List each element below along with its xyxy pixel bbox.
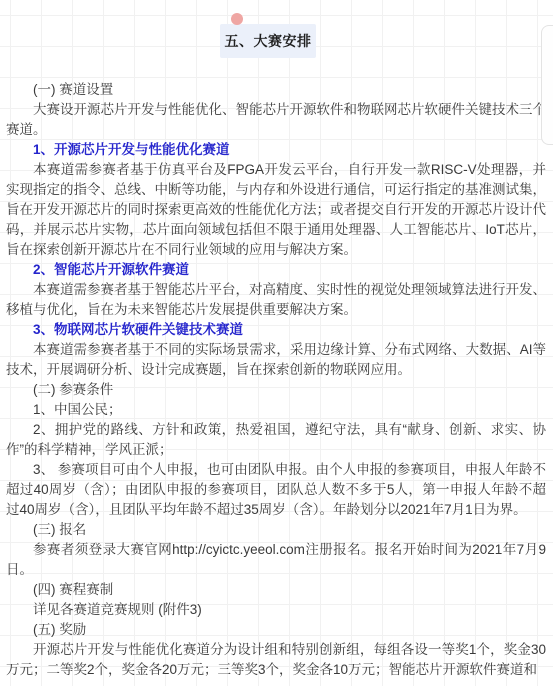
document-page: 五、大赛安排 (一) 赛道设置大赛设开源芯片开发与性能优化、智能芯片开源软件和物… [0, 0, 553, 686]
paragraph: 开源芯片开发与性能优化赛道分为设计组和特别创新组，每组各设一等奖1个，奖金30万… [6, 640, 546, 680]
paragraph: 本赛道需参赛者基于仿真平台及FPGA开发云平台，自行开发一款RISC-V处理器，… [6, 160, 546, 260]
section-heading: (二) 参赛条件 [6, 380, 546, 400]
paragraph: 3、 参赛项目可由个人申报，也可由团队申报。由个人申报的参赛项目，申报人年龄不超… [6, 460, 546, 520]
document-body: (一) 赛道设置大赛设开源芯片开发与性能优化、智能芯片开源软件和物联网芯片软硬件… [6, 80, 546, 680]
section-heading: (三) 报名 [6, 520, 546, 540]
paragraph: 本赛道需参赛者基于不同的实际场景需求，采用边缘计算、分布式网络、大数据、AI等技… [6, 340, 546, 380]
pink-dot-marker [231, 13, 243, 25]
paragraph: 2、拥护党的路线、方针和政策，热爱祖国，遵纪守法，具有“献身、创新、求实、协作”… [6, 420, 546, 460]
paragraph: 本赛道需参赛者基于智能芯片平台，对高精度、实时性的视觉处理领域算法进行开发、移植… [6, 280, 546, 320]
section-heading: (四) 赛程赛制 [6, 580, 546, 600]
section-heading: (一) 赛道设置 [6, 80, 546, 100]
paragraph: 1、中国公民； [6, 400, 546, 420]
paragraph: 详见各赛道竞赛规则 (附件3) [6, 600, 546, 620]
page-title: 五、大赛安排 [225, 31, 312, 51]
track-heading: 1、开源芯片开发与性能优化赛道 [6, 140, 546, 160]
track-heading: 3、物联网芯片软硬件关键技术赛道 [6, 320, 546, 340]
track-heading: 2、智能芯片开源软件赛道 [6, 260, 546, 280]
side-panel-edge[interactable] [541, 25, 553, 145]
section-heading: (五) 奖励 [6, 620, 546, 640]
paragraph: 参赛者须登录大赛官网http://cyictc.yeeol.com注册报名。报名… [6, 540, 546, 580]
page-title-box: 五、大赛安排 [220, 24, 316, 58]
paragraph: 大赛设开源芯片开发与性能优化、智能芯片开源软件和物联网芯片软硬件关键技术三个赛道… [6, 100, 546, 140]
